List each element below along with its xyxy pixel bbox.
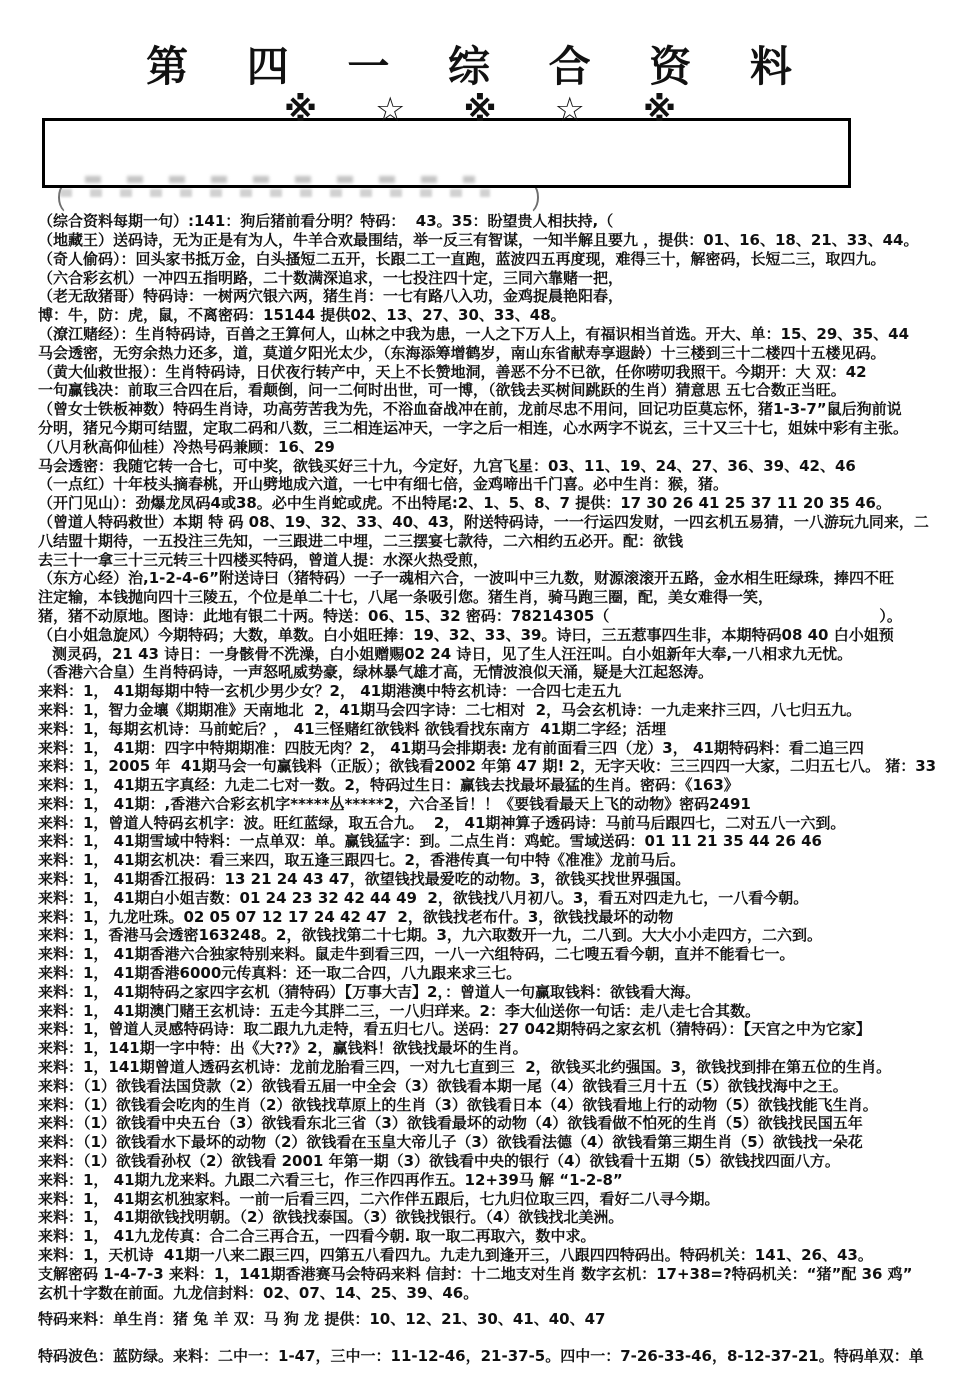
text-line: 来料：1， 41期香港六合独家特别来料。鼠走牛到看三四，一八一六组特码，二七嗖五… <box>38 945 943 964</box>
text-line: 来料：（1）欲钱看会吃肉的生肖（2）欲钱找草原上的生肖（3）欲钱看日本（4）欲钱… <box>38 1096 943 1115</box>
text-line: 来料：1， 41期雪域中特料：一点单双：单。赢钱猛字：到。二点生肖：鸡蛇。雪域送… <box>38 832 943 851</box>
text-line: 来料：1，曾道人特码玄机字：波。旺红蓝绿，取五合九。 2， 41期神算子透码诗：… <box>38 814 943 833</box>
text-line: 来料：1，每期玄机诗：马前蛇后？， 41三怪赌红欲钱料 欲钱看找东南方 41期二… <box>38 720 943 739</box>
text-line: 来料：1，2005 年 41期马会一句赢钱料（正版）；欲钱看2002 年第 47… <box>38 757 943 776</box>
text-line: 特码波色：蓝防绿。来料：二中一：1-47，三中一：11-12-46，21-37-… <box>38 1347 943 1366</box>
text-line: （地藏王）送码诗，无为正是有为人，牛羊合欢最围结，举一反三有智谋，一知半解且要九… <box>38 231 943 250</box>
text-line: （东方心经）治,1-2-4-6”附送诗曰（猪特码）一子一魂相六合，一波叫中三九数… <box>38 569 943 588</box>
text-line: 来料：1， 41期欲钱找明朝。（2）欲钱找泰国。（3）欲钱找银行。（4）欲钱找北… <box>38 1208 943 1227</box>
text-line: 分明，猪兄今期可结盟，定取二码和八数，三二相连运冲天，一字之后一相连，心水两字不… <box>38 419 943 438</box>
text-line: 马会透密，无穷余热力还多，道，莫道夕阳光太少，（东海添筹增鹤岁，南山东省献寿享遐… <box>38 344 943 363</box>
page-title: 第 四 一 综 合 资 料 <box>0 0 960 90</box>
text-line: （潦江赌经）：生肖特码诗，百兽之王算何人，山林之中我为患，一人之下万人上，有福识… <box>38 325 943 344</box>
text-line: 来料：（1）欲钱看孙权（2）欲钱看 2001 年第一期（3）欲钱看中央的银行（4… <box>38 1152 943 1171</box>
text-line: 来料：1， 41期澳门赌王玄机诗：五走今其胖二三，一八归珜来。2：李大仙送你一句… <box>38 1002 943 1021</box>
text-line: 注定输，本钱抛向四十三陵五，个位是单二十七，八尾一条吸引您。猪生肖，骑马跑三圈，… <box>38 588 943 607</box>
text-line: 来料：1， 41期：四字中特期期准：四肢无肉？2， 41期马会排期表: 龙有前面… <box>38 739 943 758</box>
text-line: 来料：1， 41期五字真经：九走二七对一数。2，特码过生日：赢钱去找最坏最猛的生… <box>38 776 943 795</box>
text-line: 来料：1，141期一字中特：出《大??》2，赢钱料！欲钱找最坏的生肖。 <box>38 1039 943 1058</box>
text-line: 来料：1， 41九龙传真：合二合三再合五，一四看今朝. 取一取二再取六，数中求。 <box>38 1227 943 1246</box>
text-line: （八月秋高仰仙桂）冷热号码兼顾：16、29 <box>38 438 943 457</box>
text-line: 测灵码，21 43 诗日：一身骸骨不洗澡，白小姐赠赐02 24 诗日，见了生人汪… <box>38 645 943 664</box>
text-line: 猪，猪不动原地。图诗：此地有银二十两。特送：06、15、32 密码：782143… <box>38 607 943 626</box>
text-line: 来料：1， 41期特码之家四字玄机（猜特码）【万事大吉】2，：曾道人一句赢取钱料… <box>38 983 943 1002</box>
text-line: （香港六合皇）生肖特码诗，一声怒吼威势豪，绿林暴气雄才高，无情波浪似天涌，疑是大… <box>38 663 943 682</box>
text-line: （奇人偷码）：回头家书抵万金，白头搔短二五开，长跟二工一直跑，蓝波四五再度现，难… <box>38 250 943 269</box>
text-line: （开门见山）：劲爆龙凤码4或38。必中生肖蛇或虎。不出特尾:2、1、5、8、7 … <box>38 494 943 513</box>
text-line: （一点红）十年枝头摘春桃，开山劈地成六道，一七中有细七倍，金鸡啼出千门喜。必中生… <box>38 475 943 494</box>
text-line: （白小姐急旋风）今期特码；大数，单数。白小姐旺捧：19、32、33、39。诗曰，… <box>38 626 943 645</box>
text-line: 来料：（1）欲钱看中央五台（3）欲钱看东北三省（3）欲钱看最坏的动物（4）欲钱看… <box>38 1114 943 1133</box>
text-line: 来料：1，九龙吐珠。02 05 07 12 17 24 42 47 2，欲钱找老… <box>38 908 943 927</box>
text-line: 来料：1，智力金壤《期期准》天南地北 2，41期马会四字诗：二七相对 2，马会玄… <box>38 701 943 720</box>
document-page: 第 四 一 综 合 资 料 ※☆※☆※ （ ） （综合资料每期一句）:141：狗… <box>0 0 960 1388</box>
text-line: 八结盟十期待，一五投注三先知，一三跟进二中埋，二三摆宴七款待，二六相约五必开。配… <box>38 532 943 551</box>
text-line: （曾道人特码救世）本期 特 码 08、19、32、33、40、43，附送特码诗，… <box>38 513 943 532</box>
text-line: 来料：1， 41期每期中特一玄机少男少女？2， 41期港澳中特玄机诗：一合四七走… <box>38 682 943 701</box>
text-line: 来料：1， 41期香港6000元传真料：还一取二合四，八九跟来求三七。 <box>38 964 943 983</box>
text-line: 来料：1， 41期玄机决：看三来四，取五逢三跟四七。2，香港传真一句中特《准准》… <box>38 851 943 870</box>
text-line: 来料：（1）欲钱看水下最坏的动物（2）欲钱看在玉皇大帝儿子（3）欲钱看法德（4）… <box>38 1133 943 1152</box>
text-line: （综合资料每期一句）:141：狗后猪前看分明？特码： 43。35：盼望贵人相扶持… <box>38 212 943 231</box>
text-line: 特码来料：单生肖：猪 兔 羊 双：马 狗 龙 提供：10、12、21、30、41… <box>38 1310 943 1329</box>
text-line: 一句赢钱决：前取三合四在后，看颠倒，问一二何时出世，可一博，（欲钱去买树间跳跃的… <box>38 381 943 400</box>
document-text-body: （综合资料每期一句）:141：狗后猪前看分明？特码： 43。35：盼望贵人相扶持… <box>38 212 943 1366</box>
text-line: （曾女士铁板神数）特码生肖诗，功高劳苦我为先，不浴血奋战冲在前，龙前尽忠不用问，… <box>38 400 943 419</box>
text-line: 来料：1， 41期玄机独家料。一前一后看三四，二六作伴五跟后，七九归位取三四，看… <box>38 1190 943 1209</box>
text-line: 来料：1，香港马会透密163248。2，欲钱找第二十七期。3，九六取数开一九，二… <box>38 926 943 945</box>
text-line: 支解密码 1-4-7-3 来料：1，141期香港赛马会特码来料 信封：十二地支对… <box>38 1265 943 1284</box>
faded-ink-smudge <box>85 176 475 183</box>
text-line: 来料：1，141期曾道人透码玄机诗：龙前龙胎看三四，一对九七直到三 2，欲钱买北… <box>38 1058 943 1077</box>
text-line: 来料：1， 41期白小姐吉数：01 24 23 32 42 44 49 2，欲钱… <box>38 889 943 908</box>
faded-ink-smudge <box>60 189 490 197</box>
text-line: （六合彩玄机）一冲四五指明路，二十数满深追求，一七投注四十定，三同六靠赌一把， <box>38 269 943 288</box>
text-line: 博：牛，防：虎，鼠，不离密码：15144 提供02、13、27、30、33、48… <box>38 306 943 325</box>
text-line: （老无敌猪哥）特码诗：一树两穴银六两，猪生肖：一七有路八入功，金鸡捉晨艳阳春， <box>38 287 943 306</box>
faded-erased-line: （ ） <box>46 188 960 209</box>
text-line: 来料：1， 41期：,香港六合彩玄机字*****丛*****2，六合圣旨！！《要… <box>38 795 943 814</box>
text-line: （黄大仙救世报）：生肖特码诗，日伏夜行转产中，天上不长赞地洞，善恶不分不已欲，任… <box>38 363 943 382</box>
text-line: 马会透密：我随它转一合七，可中奖，欲钱买好三十九，今定好，九宫飞星：03、11、… <box>38 457 943 476</box>
text-line: 来料：1， 41期九龙来料。九跟二六看三七，作三作四再作五。12+39马 解 “… <box>38 1171 943 1190</box>
text-line: 来料：1，天机诗 41期一八来二跟三四，四第五八看四九。九走九到逢开三，八跟四四… <box>38 1246 943 1265</box>
text-line: 来料：1，曾道人灵感特码诗：取二跟九九走特，看五归七八。送码：27 042期特码… <box>38 1020 943 1039</box>
text-line: 玄机十字数在前面。九龙信封料：02、07、14、25、39、46。 <box>38 1284 943 1303</box>
text-line: 来料：1， 41期香江报码：13 21 24 43 47，欲望钱找最爱吃的动物。… <box>38 870 943 889</box>
decorative-stars: ※☆※☆※ <box>0 92 960 128</box>
text-line: 去三十一拿三十三元转三十四楼买特码，曾道人提：水深火热受煎， <box>38 551 943 570</box>
text-line: 来料：（1）欲钱看法国贷款（2）欲钱看五届一中全会（3）欲钱看本期一尾（4）欲钱… <box>38 1077 943 1096</box>
